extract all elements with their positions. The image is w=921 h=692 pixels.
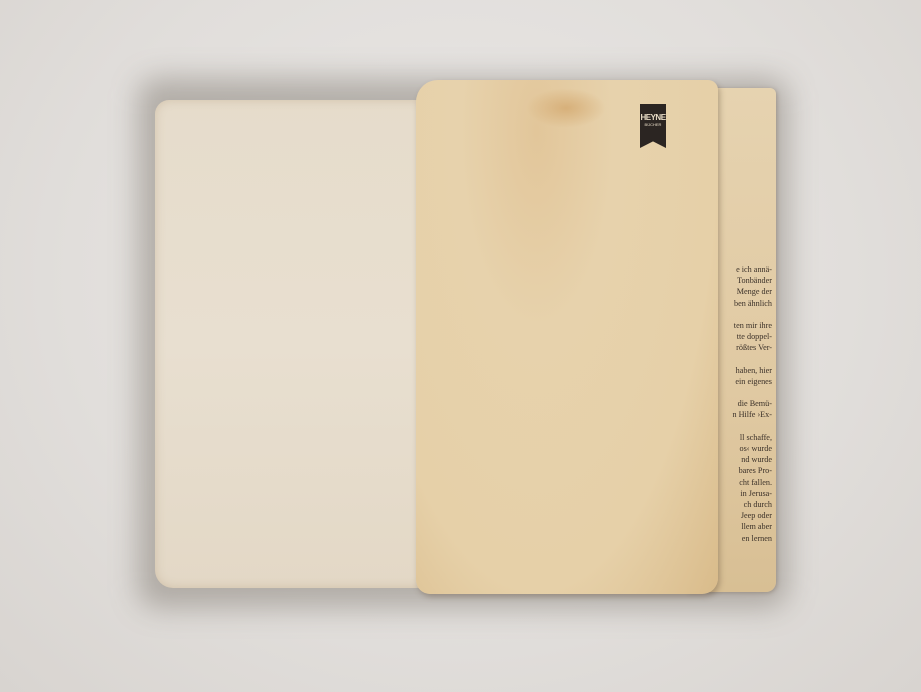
left-blank-page: [155, 100, 427, 588]
heyne-logo-icon: HEYNE BÜCHER: [640, 104, 666, 148]
logo-subtext: BÜCHER: [640, 122, 666, 127]
front-page: HEYNE BÜCHER: [416, 80, 718, 594]
age-stain: [526, 88, 606, 128]
logo-text: HEYNE: [640, 113, 666, 122]
